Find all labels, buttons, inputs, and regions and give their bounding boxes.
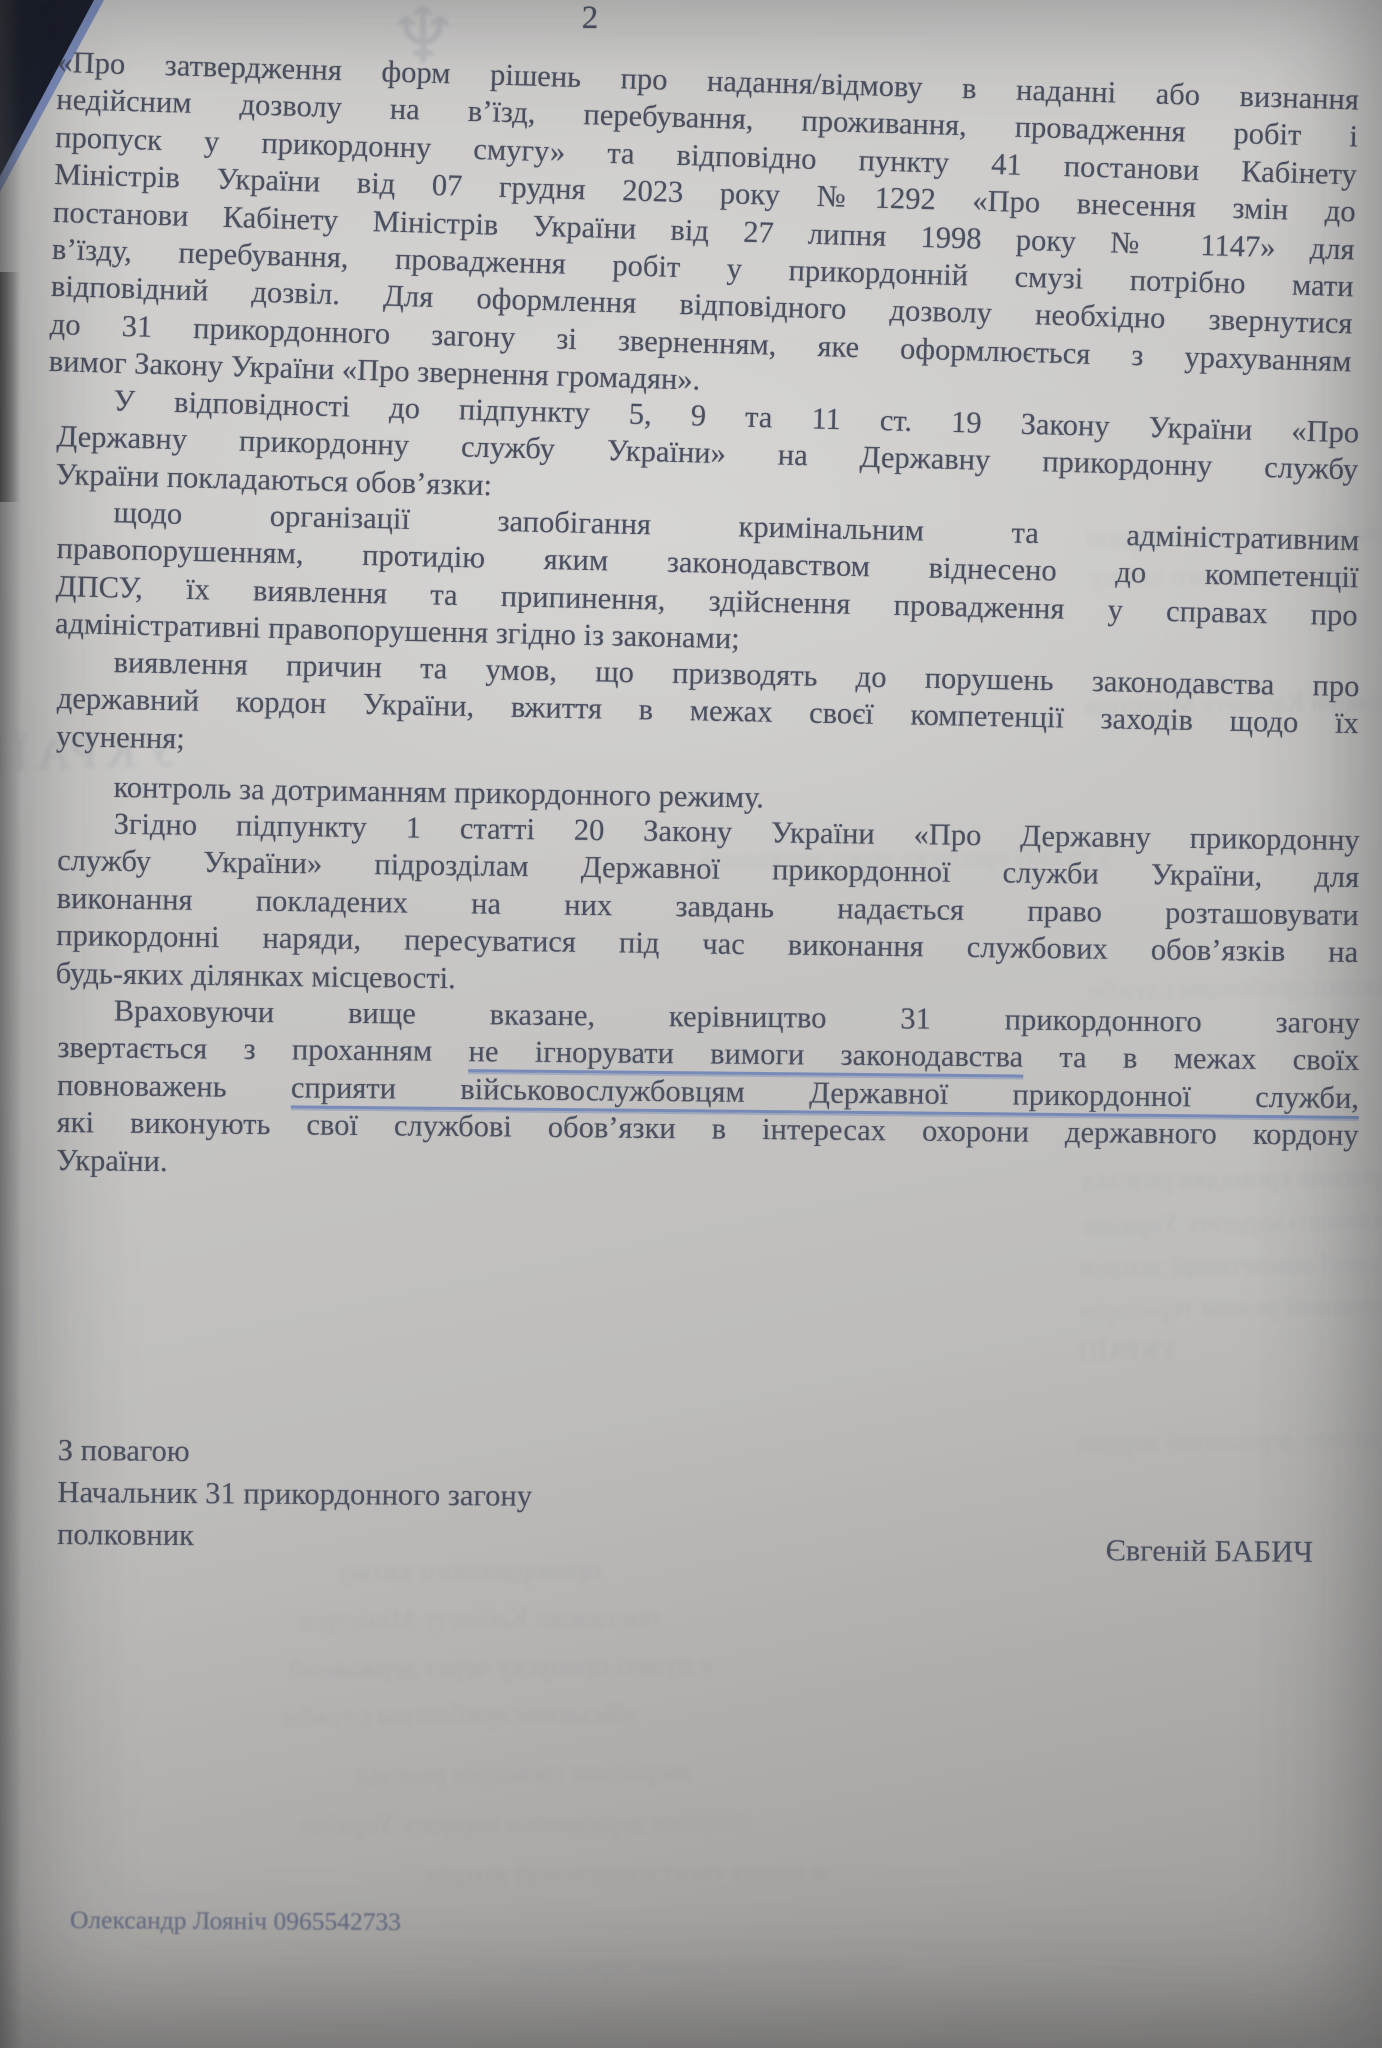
document-photo: УКРАЇНзаконодавства про державний кордон… — [0, 0, 1382, 2048]
page-number: 2 — [560, 0, 620, 37]
bleedthrough-text: прикордонного загону — [336, 1555, 601, 1590]
bleedthrough-text: у пункті пропуску через державний — [288, 1650, 714, 1686]
executor-contact: Олександр Лояніч 0965542733 — [70, 1905, 401, 1937]
bleedthrough-text: охорони державного кордону України — [300, 1806, 751, 1843]
paper-left-shadow-dark — [0, 272, 20, 502]
paragraph: «Про затвердження форм рішень про наданн… — [48, 44, 1359, 418]
bleedthrough-text: постанови Кабінету Міністрів — [300, 1602, 660, 1638]
text-segment: звертається з проханням — [57, 1031, 469, 1069]
bleedthrough-text: військовослужбовцям служби — [282, 1698, 639, 1734]
paragraph: Враховуючи вище вказане, керівництво 31 … — [56, 992, 1360, 1192]
signature-block: З повагою Начальник 31 прикордонного заг… — [57, 1429, 1360, 1565]
signature-rank-row: полковник Євгеній БАБИЧ — [57, 1513, 1359, 1565]
document-text: «Про затвердження форм рішень про наданн… — [58, 44, 1360, 1555]
bleedthrough-text: прикордонний режим територія — [520, 1948, 899, 1984]
paragraph: Згідно підпункту 1 статті 20 Закону Укра… — [56, 805, 1360, 1009]
paragraph: щодо організації запобігання кримінальни… — [55, 493, 1360, 672]
document-body: «Про затвердження форм рішень про наданн… — [58, 44, 1360, 1179]
bleedthrough-text: в межах своєї компетенції заходів — [424, 1856, 827, 1892]
text-segment: та в межах своїх — [1023, 1040, 1360, 1077]
text-segment: повноважень — [57, 1068, 291, 1104]
bleedthrough-text: звернення громадян розгляд — [356, 1756, 692, 1792]
signature-name: Євгеній БАБИЧ — [1105, 1529, 1313, 1573]
signature-rank: полковник — [57, 1517, 194, 1552]
